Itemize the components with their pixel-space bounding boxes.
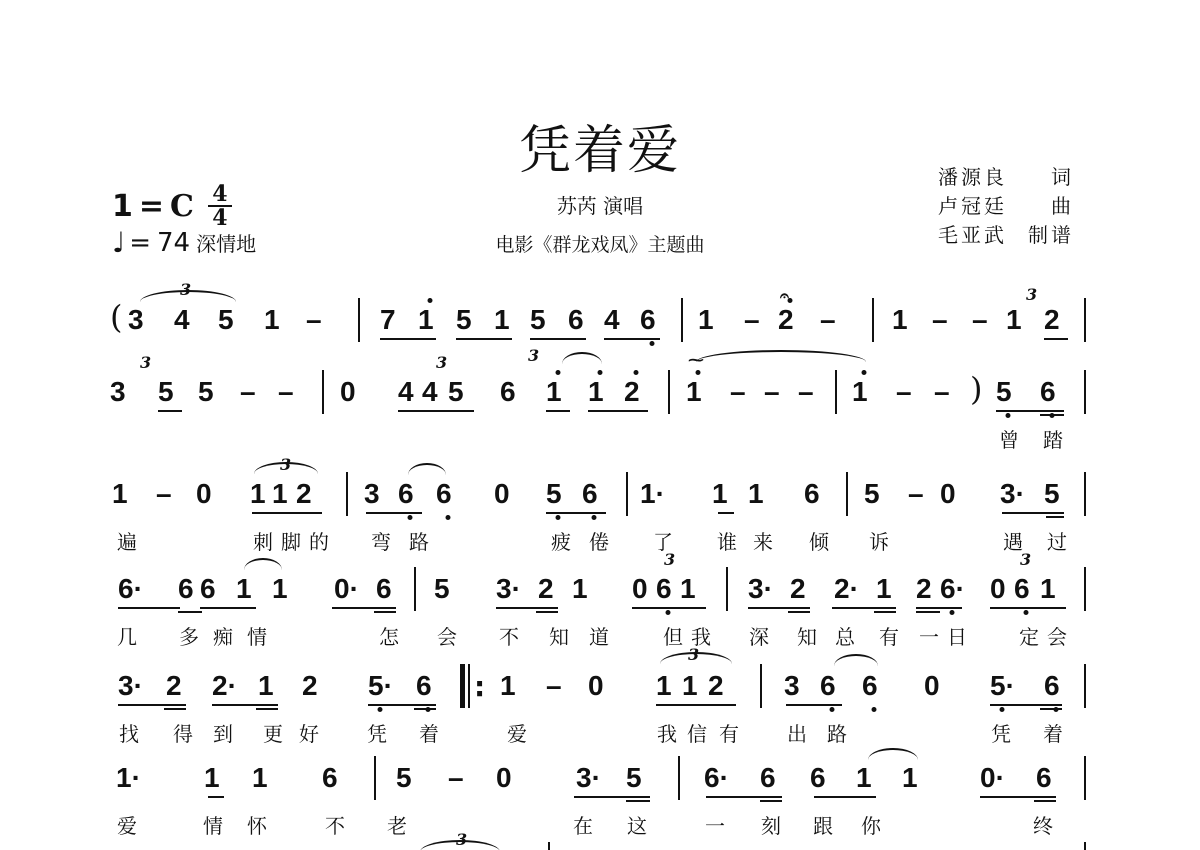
lyric-char: 情 bbox=[244, 621, 270, 650]
key-name: C bbox=[170, 189, 194, 224]
note: 2· bbox=[212, 672, 248, 700]
lyric-char: 踏 bbox=[1040, 424, 1066, 453]
duration-underline bbox=[368, 704, 436, 706]
low-octave-dot bbox=[1024, 610, 1029, 615]
note: 2 bbox=[1044, 306, 1068, 334]
note: 6 bbox=[810, 764, 834, 792]
duration-underline bbox=[374, 611, 396, 613]
duration-underline bbox=[118, 704, 186, 706]
barline bbox=[846, 472, 848, 516]
high-octave-dot bbox=[556, 370, 561, 375]
note: 3· bbox=[1000, 480, 1036, 508]
high-octave-dot bbox=[428, 298, 433, 303]
triplet-mark: 3 bbox=[664, 550, 675, 569]
barline bbox=[678, 756, 680, 800]
duration-underline bbox=[164, 708, 186, 710]
low-octave-dot bbox=[408, 515, 413, 520]
note: 6· bbox=[118, 575, 154, 603]
note: 1 bbox=[112, 480, 136, 508]
note: 2 bbox=[778, 306, 802, 334]
lyric-char: 这 bbox=[624, 810, 650, 839]
barline bbox=[1084, 842, 1086, 850]
duration-underline bbox=[1040, 414, 1064, 416]
time-signature: 4 4 bbox=[208, 184, 232, 228]
note: 1 bbox=[656, 672, 680, 700]
lyric-char: 老 bbox=[384, 810, 410, 839]
lyric-char: 知 bbox=[546, 621, 572, 650]
lyric-char: 几 bbox=[114, 621, 140, 650]
note: 1 bbox=[902, 764, 926, 792]
credit-arranger: 毛亚武制谱 bbox=[938, 221, 1074, 250]
note: 5 bbox=[530, 306, 554, 334]
lyric-char: 曾 bbox=[996, 424, 1022, 453]
note: – bbox=[306, 306, 330, 334]
lyric-char: 过 bbox=[1044, 526, 1070, 555]
note: 6 bbox=[760, 764, 784, 792]
triplet-mark: 3 bbox=[436, 353, 447, 372]
note: 2 bbox=[166, 672, 190, 700]
barline bbox=[681, 298, 683, 342]
lyric-char: 深 bbox=[746, 621, 772, 650]
open-paren: ( bbox=[110, 298, 122, 336]
note: 1 bbox=[588, 378, 612, 406]
duration-underline bbox=[496, 607, 558, 609]
barline bbox=[414, 567, 416, 611]
note: 6 bbox=[322, 764, 346, 792]
lyric-char: 总 bbox=[832, 621, 858, 650]
note: 1 bbox=[698, 306, 722, 334]
note: 2 bbox=[708, 672, 732, 700]
lyric-char: 知 bbox=[794, 621, 820, 650]
note: 1 bbox=[876, 575, 900, 603]
duration-underline bbox=[656, 704, 736, 706]
triplet-mark: 3 bbox=[140, 353, 151, 372]
lyric-char: 定 bbox=[1016, 621, 1042, 650]
tempo-marking: ♩ = 74 深情地 bbox=[112, 226, 256, 259]
note: 0· bbox=[980, 764, 1016, 792]
lyric-char: 刺 bbox=[250, 526, 276, 555]
note: 4 bbox=[422, 378, 446, 406]
note: 2 bbox=[302, 672, 326, 700]
barline bbox=[626, 472, 628, 516]
lyric-char: 好 bbox=[296, 718, 322, 747]
note: 0· bbox=[334, 575, 370, 603]
duration-underline bbox=[814, 796, 876, 798]
barline bbox=[1084, 472, 1086, 516]
note: 0 bbox=[632, 575, 656, 603]
barline bbox=[322, 370, 324, 414]
note: 0 bbox=[924, 672, 948, 700]
duration-underline bbox=[916, 611, 940, 613]
lyric-char: 情 bbox=[200, 810, 226, 839]
tempo-bpm: 74 bbox=[157, 228, 190, 258]
slur bbox=[244, 558, 282, 570]
lyric-char: 着 bbox=[416, 718, 442, 747]
barline bbox=[1084, 756, 1086, 800]
duration-underline bbox=[916, 607, 962, 609]
note: 3· bbox=[118, 672, 154, 700]
duration-underline bbox=[1002, 512, 1064, 514]
credit-composer: 卢冠廷曲 bbox=[938, 192, 1074, 221]
note: 6 bbox=[568, 306, 592, 334]
note: 0 bbox=[494, 480, 518, 508]
note: 6 bbox=[804, 480, 828, 508]
note: 2 bbox=[790, 575, 814, 603]
barline bbox=[1084, 567, 1086, 611]
note: – bbox=[278, 378, 302, 406]
note: 5 bbox=[456, 306, 480, 334]
key-signature: 1 = C 4 4 bbox=[112, 184, 232, 228]
note: 1 bbox=[272, 575, 296, 603]
note: 1 bbox=[272, 480, 296, 508]
note: 5 bbox=[158, 378, 182, 406]
lyric-char: 我 bbox=[654, 718, 680, 747]
slur bbox=[562, 352, 602, 364]
lyric-char: 在 bbox=[570, 810, 596, 839]
duration-underline bbox=[212, 704, 278, 706]
lyric-char: 出 bbox=[784, 718, 810, 747]
lyric-char: 疲 bbox=[548, 526, 574, 555]
note: – bbox=[934, 378, 958, 406]
note: 1 bbox=[250, 480, 274, 508]
note: – bbox=[156, 480, 180, 508]
duration-underline bbox=[456, 338, 512, 340]
lyric-char: 怀 bbox=[244, 810, 270, 839]
triplet-arc bbox=[660, 652, 732, 664]
lyric-char: 的 bbox=[306, 526, 332, 555]
note: 6· bbox=[704, 764, 740, 792]
note: 6 bbox=[1040, 378, 1064, 406]
low-octave-dot bbox=[666, 610, 671, 615]
duration-underline bbox=[1044, 338, 1068, 340]
mordent-icon: ⁓ bbox=[688, 350, 704, 369]
barline bbox=[668, 370, 670, 414]
note: 6 bbox=[500, 378, 524, 406]
key-do: 1 bbox=[112, 189, 133, 224]
lyric-char: 爱 bbox=[114, 810, 140, 839]
duration-underline bbox=[530, 338, 586, 340]
lyric-char: 来 bbox=[750, 526, 776, 555]
note: 4 bbox=[604, 306, 628, 334]
note: 0 bbox=[990, 575, 1014, 603]
note: – bbox=[896, 378, 920, 406]
note: 5 bbox=[396, 764, 420, 792]
note: 6 bbox=[200, 575, 224, 603]
lyric-char: 着 bbox=[1040, 718, 1066, 747]
duration-underline bbox=[332, 607, 396, 609]
note: 1 bbox=[748, 480, 772, 508]
note: – bbox=[798, 378, 822, 406]
note: – bbox=[908, 480, 932, 508]
barline bbox=[726, 567, 728, 611]
note: 3· bbox=[496, 575, 532, 603]
triplet-arc bbox=[420, 840, 500, 850]
note: 3 bbox=[128, 306, 152, 334]
repeat-barline-thin bbox=[468, 664, 470, 708]
note: – bbox=[764, 378, 788, 406]
duration-underline bbox=[718, 512, 734, 514]
lyric-char: 到 bbox=[210, 718, 236, 747]
lyric-char: 一 bbox=[916, 621, 942, 650]
duration-underline bbox=[788, 611, 810, 613]
lyric-char: 跟 bbox=[810, 810, 836, 839]
duration-underline bbox=[574, 796, 650, 798]
note: 2 bbox=[296, 480, 320, 508]
note: 6 bbox=[640, 306, 664, 334]
note: 5 bbox=[626, 764, 650, 792]
note: – bbox=[932, 306, 956, 334]
note: 6· bbox=[940, 575, 976, 603]
lyric-char: 遍 bbox=[114, 526, 140, 555]
note: 1 bbox=[494, 306, 518, 334]
low-octave-dot bbox=[650, 341, 655, 346]
duration-underline bbox=[366, 512, 422, 514]
time-denominator: 4 bbox=[212, 208, 227, 228]
low-octave-dot bbox=[592, 515, 597, 520]
duration-underline bbox=[748, 607, 810, 609]
repeat-barline-thick bbox=[460, 664, 465, 708]
note: 6 bbox=[820, 672, 844, 700]
barline bbox=[374, 756, 376, 800]
low-octave-dot bbox=[378, 707, 383, 712]
low-octave-dot bbox=[950, 610, 955, 615]
lyric-char: 终 bbox=[1030, 810, 1056, 839]
duration-underline bbox=[1040, 708, 1062, 710]
lyric-char: 有 bbox=[716, 718, 742, 747]
note: 5 bbox=[218, 306, 242, 334]
note: 1· bbox=[640, 480, 676, 508]
note: 5· bbox=[368, 672, 404, 700]
note: 4 bbox=[398, 378, 422, 406]
duration-underline bbox=[996, 410, 1064, 412]
duration-underline bbox=[990, 607, 1066, 609]
lyric-char: 倾 bbox=[806, 526, 832, 555]
credits: 潘源良词 卢冠廷曲 毛亚武制谱 bbox=[938, 163, 1074, 250]
note: 1 bbox=[852, 378, 876, 406]
lyric-char: 信 bbox=[684, 718, 710, 747]
note: 3· bbox=[576, 764, 612, 792]
lyric-char: 更 bbox=[260, 718, 286, 747]
lyric-char: 不 bbox=[322, 810, 348, 839]
note: – bbox=[730, 378, 754, 406]
triplet-arc bbox=[140, 290, 236, 302]
lyric-char: 路 bbox=[824, 718, 850, 747]
note: 1 bbox=[572, 575, 596, 603]
note: 1 bbox=[500, 672, 524, 700]
note: 1 bbox=[682, 672, 706, 700]
lyric-char: 不 bbox=[496, 621, 522, 650]
lyric-char: 谁 bbox=[714, 526, 740, 555]
note: 5 bbox=[864, 480, 888, 508]
low-octave-dot bbox=[830, 707, 835, 712]
note: 1 bbox=[252, 764, 276, 792]
lyric-char: 一 bbox=[702, 810, 728, 839]
note: 6 bbox=[656, 575, 680, 603]
barline bbox=[358, 298, 360, 342]
note: 6 bbox=[178, 575, 202, 603]
low-octave-dot bbox=[872, 707, 877, 712]
barline bbox=[346, 472, 348, 516]
duration-underline bbox=[1046, 516, 1064, 518]
slur bbox=[834, 654, 878, 666]
low-octave-dot bbox=[1000, 707, 1005, 712]
note: 4 bbox=[174, 306, 198, 334]
lyric-char: 多 bbox=[176, 621, 202, 650]
lyric-char: 会 bbox=[1044, 621, 1070, 650]
duration-underline bbox=[1034, 800, 1056, 802]
lyric-char: 痴 bbox=[210, 621, 236, 650]
high-octave-dot bbox=[696, 370, 701, 375]
duration-underline bbox=[546, 512, 606, 514]
duration-underline bbox=[178, 611, 202, 613]
note: 1 bbox=[1006, 306, 1030, 334]
note: 5 bbox=[448, 378, 472, 406]
note: 6 bbox=[1014, 575, 1038, 603]
note: – bbox=[448, 764, 472, 792]
note: 5 bbox=[546, 480, 570, 508]
note: 6 bbox=[1044, 672, 1068, 700]
duration-underline bbox=[632, 607, 706, 609]
duration-underline bbox=[990, 704, 1062, 706]
high-octave-dot bbox=[862, 370, 867, 375]
note: 5 bbox=[996, 378, 1020, 406]
duration-underline bbox=[786, 704, 842, 706]
lyric-char: 怎 bbox=[376, 621, 402, 650]
note: 2 bbox=[624, 378, 648, 406]
lyric-char: 得 bbox=[170, 718, 196, 747]
barline bbox=[1084, 370, 1086, 414]
triplet-mark: 3 bbox=[1020, 550, 1031, 569]
expression-mark: 深情地 bbox=[196, 228, 256, 257]
lyric-char: 凭 bbox=[364, 718, 390, 747]
lyric-char: 你 bbox=[858, 810, 884, 839]
high-octave-dot bbox=[634, 370, 639, 375]
duration-underline bbox=[200, 607, 256, 609]
note: 6 bbox=[376, 575, 400, 603]
duration-underline bbox=[536, 611, 558, 613]
tie bbox=[696, 350, 866, 362]
duration-underline bbox=[208, 796, 224, 798]
barline bbox=[760, 664, 762, 708]
note: 1 bbox=[892, 306, 916, 334]
tempo-equals: = bbox=[129, 228, 151, 258]
note: 3 bbox=[110, 378, 134, 406]
note: 2 bbox=[916, 575, 940, 603]
slur bbox=[868, 748, 918, 760]
note: – bbox=[744, 306, 768, 334]
note: 3 bbox=[364, 480, 388, 508]
note: 6 bbox=[436, 480, 460, 508]
duration-underline bbox=[980, 796, 1056, 798]
duration-underline bbox=[398, 410, 474, 412]
note: – bbox=[972, 306, 996, 334]
repeat-dots: : bbox=[474, 670, 485, 703]
note: 1 bbox=[546, 378, 570, 406]
key-equals: = bbox=[139, 189, 164, 224]
duration-underline bbox=[588, 410, 648, 412]
lyric-char: 倦 bbox=[586, 526, 612, 555]
note: – bbox=[820, 306, 844, 334]
lyric-char: 刻 bbox=[758, 810, 784, 839]
barline bbox=[1084, 664, 1086, 708]
close-paren: ) bbox=[970, 370, 982, 408]
high-octave-dot bbox=[598, 370, 603, 375]
low-octave-dot bbox=[446, 515, 451, 520]
note: 5 bbox=[198, 378, 222, 406]
barline bbox=[548, 842, 550, 850]
note: 1 bbox=[258, 672, 282, 700]
duration-underline bbox=[706, 796, 782, 798]
note: 1 bbox=[856, 764, 880, 792]
note: 6 bbox=[582, 480, 606, 508]
note: 0 bbox=[496, 764, 520, 792]
note: 1 bbox=[1040, 575, 1064, 603]
triplet-arc bbox=[254, 462, 318, 474]
low-octave-dot bbox=[1006, 413, 1011, 418]
triplet-mark: 3 bbox=[1026, 285, 1037, 304]
duration-underline bbox=[414, 708, 436, 710]
lyric-char: 凭 bbox=[988, 718, 1014, 747]
duration-underline bbox=[158, 410, 182, 412]
note: 6 bbox=[1036, 764, 1060, 792]
note: 6 bbox=[398, 480, 422, 508]
note: 1· bbox=[116, 764, 152, 792]
note: 1 bbox=[686, 378, 710, 406]
note: 3 bbox=[784, 672, 808, 700]
barline bbox=[835, 370, 837, 414]
note: – bbox=[240, 378, 264, 406]
quarter-note-icon: ♩ bbox=[112, 226, 125, 259]
note: 5 bbox=[1044, 480, 1068, 508]
duration-underline bbox=[874, 611, 896, 613]
note: 1 bbox=[204, 764, 228, 792]
note: 1 bbox=[712, 480, 736, 508]
duration-underline bbox=[252, 512, 322, 514]
duration-underline bbox=[546, 410, 570, 412]
lyric-char: 道 bbox=[586, 621, 612, 650]
lyric-char: 会 bbox=[434, 621, 460, 650]
credit-lyricist: 潘源良词 bbox=[938, 163, 1074, 192]
note: 1 bbox=[264, 306, 288, 334]
duration-underline bbox=[118, 607, 180, 609]
lyric-char: 脚 bbox=[278, 526, 304, 555]
note: 5 bbox=[434, 575, 458, 603]
lyric-char: 有 bbox=[876, 621, 902, 650]
low-octave-dot bbox=[556, 515, 561, 520]
barline bbox=[872, 298, 874, 342]
duration-underline bbox=[626, 800, 650, 802]
lyric-char: 日 bbox=[944, 621, 970, 650]
lyric-char: 路 bbox=[406, 526, 432, 555]
note: 2 bbox=[538, 575, 562, 603]
note: 0 bbox=[940, 480, 964, 508]
duration-underline bbox=[256, 708, 278, 710]
note: 3· bbox=[748, 575, 784, 603]
note: 0 bbox=[588, 672, 612, 700]
note: 7 bbox=[380, 306, 404, 334]
lyric-char: 诉 bbox=[866, 526, 892, 555]
lyric-char: 弯 bbox=[368, 526, 394, 555]
note: – bbox=[546, 672, 570, 700]
note: 1 bbox=[236, 575, 260, 603]
note: 1 bbox=[680, 575, 704, 603]
duration-underline bbox=[380, 338, 436, 340]
note: 0 bbox=[196, 480, 220, 508]
triplet-mark: 3 bbox=[528, 346, 539, 365]
note: 5· bbox=[990, 672, 1026, 700]
fermata-icon: 𝄐 bbox=[780, 286, 789, 306]
lyric-char: 但 bbox=[660, 621, 686, 650]
